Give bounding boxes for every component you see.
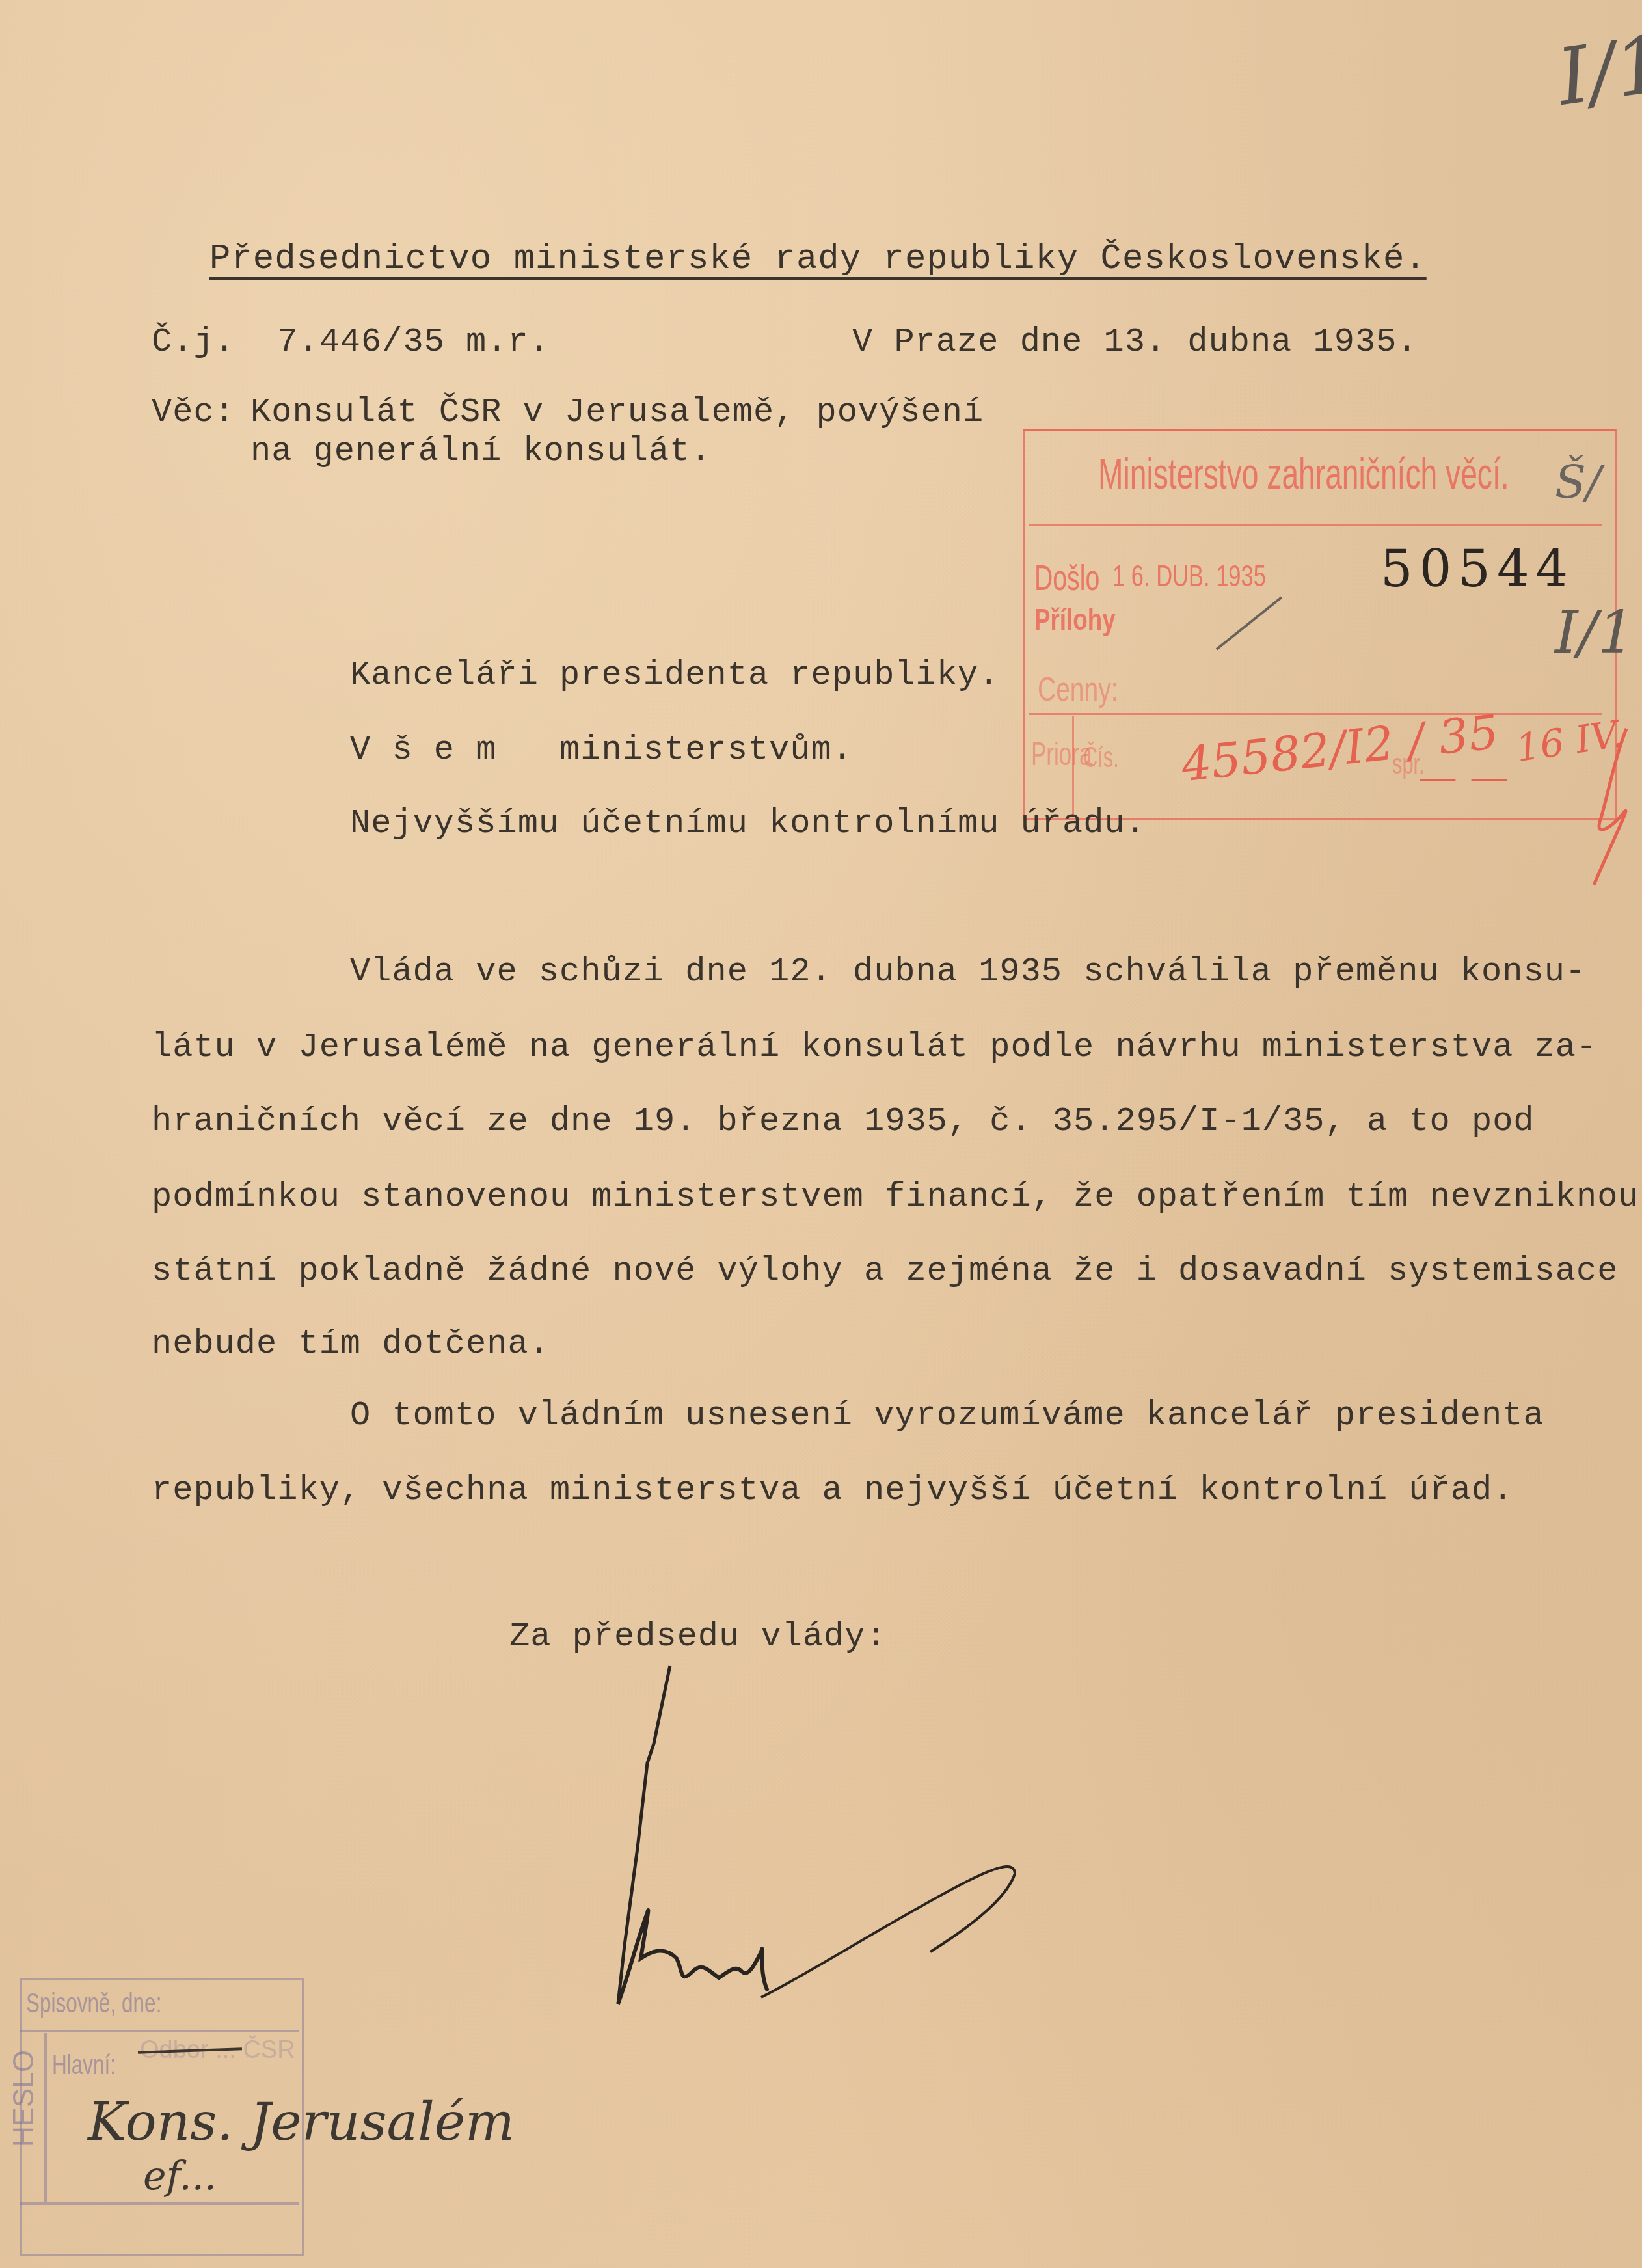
stamp-initials: Š/: [1555, 455, 1602, 509]
red-initial-flourish: [1587, 722, 1642, 891]
recipient-all-ministries: V š e m ministerstvům.: [350, 733, 853, 767]
stamp-received-label: Došlo: [1034, 556, 1099, 599]
reference-number: Č.j. 7.446/35 m.r.: [152, 325, 550, 359]
filing-handwriting-line-1: Kons. Jerusalém: [88, 2092, 515, 2152]
subject-line-2: na generální konsulát.: [250, 435, 712, 468]
body-p1-line-3: hraničních věcí ze dne 19. března 1935, …: [152, 1105, 1535, 1139]
filing-mark: I/1: [1555, 599, 1635, 667]
filing-stamp-top-label: Spisovně, dne:: [26, 1988, 161, 2019]
filing-handwriting-line-2: ef...: [143, 2153, 217, 2199]
institution-heading: Předsednictvo ministerské rady republiky…: [209, 242, 1427, 277]
filing-stamp-main-label: Hlavní:: [52, 2049, 116, 2081]
subject-line-1: Konsulát ČSR v Jerusalemě, povýšení: [250, 396, 984, 429]
registry-number: 50544: [1380, 540, 1574, 599]
stamp-number-label: Čís.: [1083, 742, 1119, 774]
signature: [566, 1666, 1086, 2004]
body-p1-line-2: látu v Jerusalémě na generální konsulát …: [152, 1031, 1597, 1064]
filing-stamp-side-label: HESLO: [8, 2050, 40, 2147]
place-date: V Praze dne 13. dubna 1935.: [852, 325, 1418, 359]
body-p1-line-1: Vláda ve schůzi dne 12. dubna 1935 schvá…: [350, 955, 1586, 989]
stamp-attachments-label: Přílohy: [1034, 602, 1116, 637]
body-p2-line-2: republiky, všechna ministerstva a nejvyš…: [152, 1474, 1513, 1507]
stamp-valuables-label: Cenny:: [1038, 670, 1118, 709]
recipient-audit-office: Nejvyššímu účetnímu kontrolnímu úřadu.: [350, 807, 1146, 841]
body-p1-line-6: nebude tím dotčena.: [152, 1327, 550, 1361]
corner-annotation: I/1: [1552, 19, 1642, 123]
body-p1-line-5: státní pokladně žádné nové výlohy a zejm…: [152, 1254, 1618, 1288]
attachments-slash-mark: [1210, 592, 1288, 657]
subject-label: Věc:: [152, 396, 236, 429]
handwritten-dashes: — —: [1418, 755, 1509, 800]
closing-on-behalf: Za předsedu vlády:: [509, 1620, 887, 1654]
stamp-ministry-name: Ministerstvo zahraničních věcí.: [1098, 449, 1509, 498]
body-p1-line-4: podmínkou stanovenou ministerstvem finan…: [152, 1180, 1639, 1214]
recipient-president-office: Kanceláři presidenta republiky.: [350, 658, 999, 692]
body-p2-line-1: O tomto vládním usnesení vyrozumíváme ka…: [350, 1399, 1544, 1433]
stamp-received-date: 1 6. DUB. 1935: [1112, 558, 1266, 593]
